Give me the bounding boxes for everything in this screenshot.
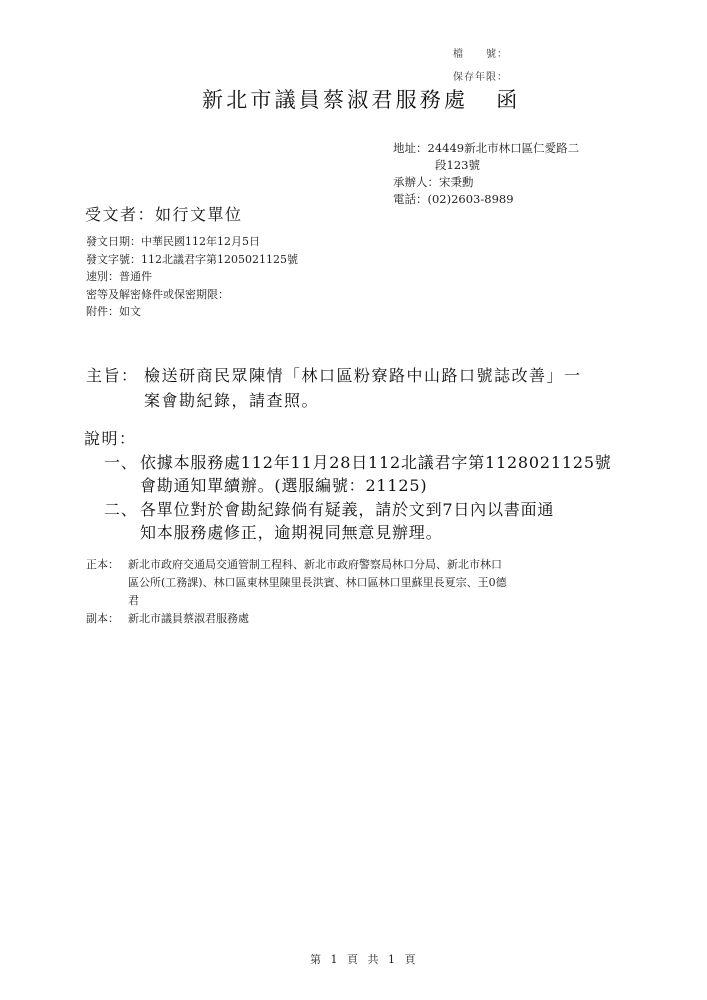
subject-line1: 檢送研商民眾陳情「林口區粉寮路中山路口號誌改善」一 [144, 363, 582, 388]
sender-info: 地址：24449新北市林口區仁愛路二 段123號 承辦人：宋秉勳 電話：(02)… [393, 140, 579, 208]
item-line2: 知本服務處修正，逾期視同無意見辦理。 [104, 521, 554, 544]
explanation-label: 說明： [84, 426, 137, 449]
file-number-label-a: 檔 [453, 49, 464, 60]
document-info: 發文日期：中華民國112年12月5日 發文字號：112北議君字第12050211… [86, 233, 298, 321]
original-recipients-line1: 新北市政府交通局交通管制工程科、新北市政府警察局林口分局、新北市林口 [128, 556, 502, 574]
page-number: 第 1 頁 共 1 頁 [310, 951, 418, 967]
explanation-item-1: 一、依據本服務處112年11月28日112北議君字第1128021125號 會勘… [104, 451, 612, 497]
issue-date: 發文日期：中華民國112年12月5日 [86, 233, 298, 251]
original-recipients-label: 正本： [86, 556, 128, 574]
subject-label: 主旨： [86, 363, 144, 388]
subject-line2: 案會勘紀錄，請查照。 [86, 388, 646, 413]
document-type: 函 [496, 88, 520, 112]
explanation-item-2: 二、各單位對於會勘紀錄倘有疑義，請於文到7日內以書面通 知本服務處修正，逾期視同… [104, 498, 554, 544]
copy-recipients-label: 副本： [86, 610, 128, 628]
issuing-organization: 新北市議員蔡淑君服務處 [202, 88, 468, 112]
original-recipients-line2: 區公所(工務課)、林口區東林里陳里長洪賓、林口區林口里蘇里長夏宗、王0德 [86, 574, 507, 592]
document-number: 發文字號：112北議君字第1205021125號 [86, 251, 298, 269]
file-number-label: 檔號： [453, 45, 508, 60]
item-line1: 依據本服務處112年11月28日112北議君字第1128021125號 [140, 453, 612, 472]
distribution-list: 正本： 新北市政府交通局交通管制工程科、新北市政府警察局林口分局、新北市林口 區… [86, 556, 507, 628]
copy-recipients-text: 新北市議員蔡淑君服務處 [128, 610, 249, 628]
sender-address-line2: 段123號 [393, 157, 579, 174]
recipient: 受文者：如行文單位 [85, 202, 243, 225]
sender-handler: 承辦人：宋秉勳 [393, 174, 579, 191]
secrecy-level: 密等及解密條件或保密期限： [86, 286, 298, 304]
retention-period-label: 保存年限： [453, 68, 508, 83]
subject-section: 主旨： 檢送研商民眾陳情「林口區粉寮路中山路口號誌改善」一 案會勘紀錄，請查照。 [86, 363, 646, 413]
item-number: 一、 [104, 451, 140, 474]
document-title: 新北市議員蔡淑君服務處函 [202, 84, 520, 114]
item-line2: 會勘通知單續辦。(選服編號：21125) [104, 474, 612, 497]
attachment: 附件：如文 [86, 303, 298, 321]
file-number-label-b: 號： [486, 49, 508, 60]
item-number: 二、 [104, 498, 140, 521]
sender-phone: 電話：(02)2603-8989 [393, 191, 579, 208]
delivery-speed: 速別：普通件 [86, 268, 298, 286]
original-recipients-line3: 君 [86, 592, 507, 610]
sender-address-line1: 地址：24449新北市林口區仁愛路二 [393, 140, 579, 157]
item-line1: 各單位對於會勘紀錄倘有疑義，請於文到7日內以書面通 [140, 500, 554, 519]
